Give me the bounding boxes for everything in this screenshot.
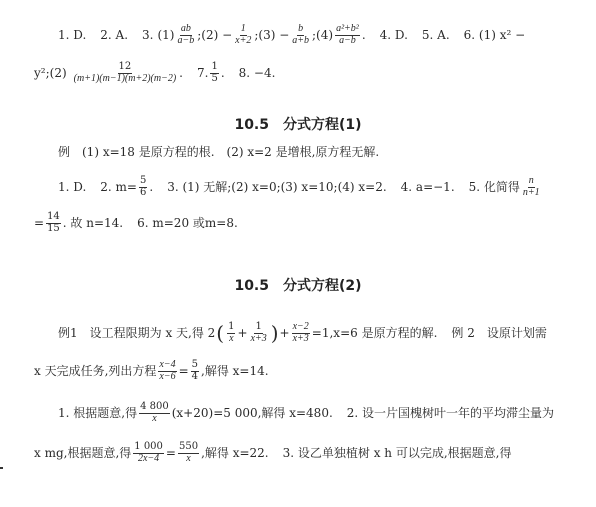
section-title-2: 10.5 分式方程(2) [0,275,596,295]
answer-2-result: ,解得 x=22. [201,447,269,459]
answer-4: 4. a=−1. [401,181,455,193]
answer-3-label: 3. [142,29,153,41]
section-title-1: 10.5 分式方程(1) [0,114,596,134]
fraction: ba+b [291,24,310,46]
section2-example-line-2: x 天完成任务,列出方程 x−4x−6 = 54 ,解得 x=14. [34,360,269,382]
answer-1: 1. D. [58,29,86,41]
answer-5: 5. A. [422,29,450,41]
answer-6-part2: y²;(2) [34,67,67,79]
example-2-continued: x 天完成任务,列出方程 [34,365,156,377]
equals-sign: = [34,217,44,229]
fraction: 54 [191,360,199,382]
plus-sign: + [237,327,247,339]
fraction: 1x [227,322,235,344]
plus-sign: + [280,327,290,339]
answer-5: 5. 化简得 [469,181,520,193]
answer-5-result: . 故 n=14. [63,217,123,229]
answer-8: 8. −4. [239,67,276,79]
margin-mark [0,467,3,469]
fraction: 4 800x [139,402,170,424]
answer-3: 3. 设乙单独植树 x h 可以完成,根据题意,得 [283,447,512,459]
answer-1: 1. 根据题意,得 [58,407,137,419]
answer-3-part1: (1) [157,29,174,41]
answers-line-2: y²;(2) 12(m+1)(m−1)(m+2)(m−2). 7. 15. 8.… [34,62,275,84]
answer-2-continued: x mg,根据题意,得 [34,447,131,459]
example-1-result: =1,x=6 是原方程的解. [312,327,438,339]
answer-3-part4: ;(4) [312,29,333,41]
answer-7: 7. [197,67,208,79]
fraction: x−2x+3 [292,322,310,344]
section2-answers-line-1-main: 1. 根据题意,得 4 800x (x+20)=5 000,解得 x=480. … [58,402,554,424]
fraction: 550x [178,442,199,464]
answer-2: 2. 设一片国槐树叶一年的平均滞尘量为 [347,407,554,419]
fraction: 1x+3 [250,322,268,344]
fraction: nn+1 [522,176,541,198]
fraction: 15 [210,62,218,84]
answer-3-part3: ;(3) − [254,29,289,41]
fraction: 56 [139,176,147,198]
equals-sign: = [179,365,189,377]
example-1-text: 例1 设工程限期为 x 天,得 2 [58,327,215,339]
example-2-text: 例 2 设原计划需 [451,327,546,339]
section1-answers-line-1: 1. D. 2. m= 56. 3. (1) 无解;(2) x=0;(3) x=… [58,176,543,198]
fraction: x−4x−6 [158,360,176,382]
section1-answers-line-2: = 1415 . 故 n=14. 6. m=20 或m=8. [34,212,238,234]
answer-3: 3. (1) 无解;(2) x=0;(3) x=10;(4) x=2. [167,181,386,193]
answer-2: 2. m= [100,181,137,193]
fraction: a²+b²a−b [335,24,360,46]
fraction: 1415 [46,212,61,234]
section2-example-line-1: 例1 设工程限期为 x 天,得 2 ( 1x + 1x+3 ) + x−2x+3… [58,322,547,344]
equals-sign: = [166,447,176,459]
section2-answers-line-2: x mg,根据题意,得 1 0002x−4 = 550x ,解得 x=22. 3… [34,442,511,464]
section1-example: 例 (1) x=18 是原方程的根. (2) x=2 是增根,原方程无解. [58,146,379,158]
answers-line-1: 1. D. 2. A. 3. (1) aba−b ;(2) − 1x+2 ;(3… [58,24,525,46]
answer-6: 6. (1) x² − [464,29,526,41]
fraction: 1 0002x−4 [133,442,164,464]
example-text: 例 (1) x=18 是原方程的根. (2) x=2 是增根,原方程无解. [58,146,379,158]
answer-3-part2: ;(2) − [197,29,232,41]
answer-2: 2. A. [100,29,128,41]
answer-1: 1. D. [58,181,86,193]
fraction: 12(m+1)(m−1)(m+2)(m−2) [73,62,178,84]
fraction: aba−b [176,24,195,46]
fraction: 1x+2 [234,24,252,46]
answer-6: 6. m=20 或m=8. [137,217,238,229]
answer-4: 4. D. [380,29,408,41]
example-2-result: ,解得 x=14. [201,365,269,377]
answer-1-result: (x+20)=5 000,解得 x=480. [172,407,333,419]
